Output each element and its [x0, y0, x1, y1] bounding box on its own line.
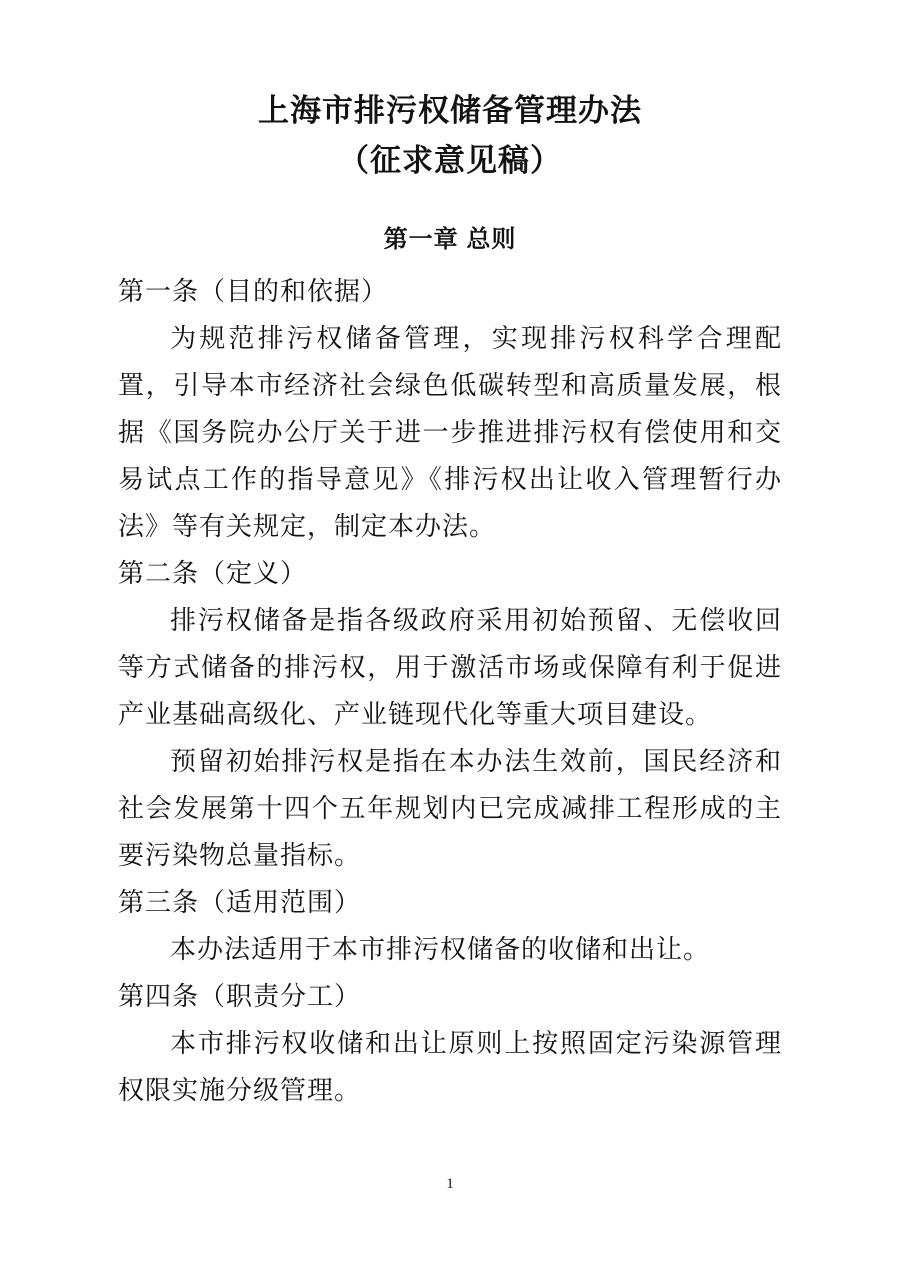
- chapter-heading: 第一章 总则: [118, 222, 782, 258]
- document-body: 第一条（目的和依据） 为规范排污权储备管理，实现排污权科学合理配置，引导本市经济…: [118, 268, 782, 1114]
- article-2-paragraph-1: 排污权储备是指各级政府采用初始预留、无偿收回等方式储备的排污权，用于激活市场或保…: [118, 597, 782, 738]
- article-4-heading: 第四条（职责分工）: [118, 973, 782, 1020]
- article-3-paragraph-1: 本办法适用于本市排污权储备的收储和出让。: [118, 926, 782, 973]
- page-footer: 1: [0, 1170, 900, 1272]
- document-subtitle: （征求意见稿）: [118, 136, 782, 186]
- document-page: 上海市排污权储备管理办法 （征求意见稿） 第一章 总则 第一条（目的和依据） 为…: [0, 0, 900, 1272]
- article-2-heading: 第二条（定义）: [118, 550, 782, 597]
- document-title: 上海市排污权储备管理办法 （征求意见稿）: [118, 86, 782, 186]
- article-2-paragraph-2: 预留初始排污权是指在本办法生效前，国民经济和社会发展第十四个五年规划内已完成减排…: [118, 738, 782, 879]
- article-4-paragraph-1: 本市排污权收储和出让原则上按照固定污染源管理权限实施分级管理。: [118, 1020, 782, 1114]
- page-number: 1: [446, 1176, 454, 1193]
- article-1-paragraph-1: 为规范排污权储备管理，实现排污权科学合理配置，引导本市经济社会绿色低碳转型和高质…: [118, 315, 782, 550]
- article-1-heading: 第一条（目的和依据）: [118, 268, 782, 315]
- article-3-heading: 第三条（适用范围）: [118, 879, 782, 926]
- document-title-line: 上海市排污权储备管理办法: [118, 86, 782, 136]
